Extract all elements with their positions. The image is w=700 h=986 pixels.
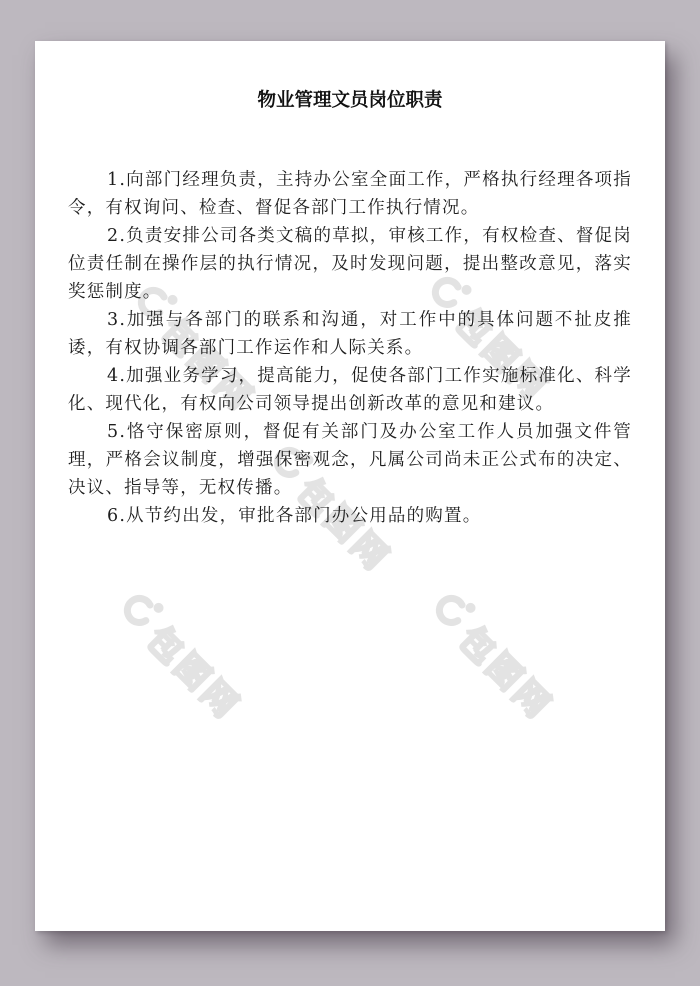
document-body: 1.向部门经理负责，主持办公室全面工作，严格执行经理各项指令，有权询问、检查、督… — [68, 166, 632, 530]
duty-item-3: 3.加强与各部门的联系和沟通，对工作中的具体问题不扯皮推诿，有权协调各部门工作运… — [68, 306, 632, 362]
duty-item-6: 6.从节约出发，审批各部门办公用品的购置。 — [68, 502, 632, 530]
document-title: 物业管理文员岗位职责 — [35, 89, 665, 113]
watermark-text: 包图网 — [138, 614, 253, 729]
duty-item-1: 1.向部门经理负责，主持办公室全面工作，严格执行经理各项指令，有权询问、检查、督… — [68, 166, 632, 222]
duty-item-2: 2.负责安排公司各类文稿的草拟，审核工作，有权检查、督促岗位责任制在操作层的执行… — [68, 222, 632, 306]
watermark-logo-icon — [115, 581, 172, 638]
duty-item-4: 4.加强业务学习，提高能力，促使各部门工作实施标准化、科学化、现代化，有权向公司… — [68, 362, 632, 418]
watermark: 包图网 — [370, 581, 582, 793]
watermark-text: 包图网 — [450, 614, 565, 729]
watermark-logo-icon — [427, 581, 484, 638]
watermark: 包图网 — [58, 581, 270, 793]
duty-item-5: 5.恪守保密原则，督促有关部门及办公室工作人员加强文件管理，严格会议制度，增强保… — [68, 418, 632, 502]
document-page: 包图网 包图网 包图网 包图网 包图网 物业管理文员岗位职责 1.向部门经理负责 — [35, 41, 665, 931]
